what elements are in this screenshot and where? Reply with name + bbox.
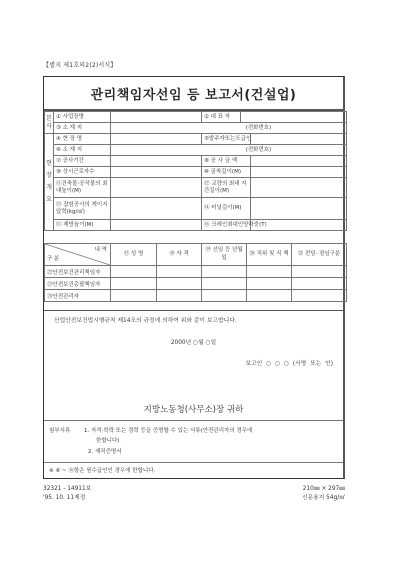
attachment-item-2: 2. 재직증명서 — [88, 447, 122, 455]
attachments-label: 첨부서류 — [49, 426, 70, 434]
personnel-table: 내 역 구 분 ⑰ 성 명 ⑱ 자 격 ⑲ 선임 등 년월일 ⑳ 직위 및 직 … — [44, 243, 347, 302]
enacted-date: '95. 10. 11제정 — [43, 492, 85, 501]
info-table: 본 사 ① 사업장명 ② 대 표 자 ③ 소 재 지 (전화번호) 현 장 개 … — [44, 111, 347, 231]
phone-label: (전화번호) — [246, 125, 272, 131]
cell-name[interactable] — [111, 266, 157, 278]
row-label: ㉓안전보건총괄책임자 — [45, 278, 111, 290]
cell-qualification[interactable] — [157, 290, 202, 302]
cell-name[interactable] — [111, 278, 157, 290]
attachment-item-1-cont: 한합니다) — [96, 436, 119, 444]
col-appointed-date: ⑲ 선임 등 년월일 — [202, 244, 247, 266]
client-value[interactable] — [251, 134, 347, 145]
site-address-label: ⑥ 소 재 지 — [54, 145, 111, 156]
cell-dedicated[interactable] — [292, 266, 347, 278]
representative-label: ② 대 표 자 — [202, 112, 241, 123]
regular-workers-label: ⑨ 상시근로자수 — [54, 167, 111, 178]
max-height-label: ⑪건축물·공작물의 최대높이(M) — [54, 178, 111, 198]
cell-dedicated[interactable] — [292, 278, 347, 290]
form-number-label: 【별지 제1호의2(2)서식】 — [43, 60, 117, 69]
bridge-span-value[interactable] — [251, 178, 347, 198]
construction-cost-label: ⑧ 공 사 금 액 — [202, 156, 251, 167]
site-name-label: ④ 현 장 명 — [54, 134, 111, 145]
cell-name[interactable] — [111, 290, 157, 302]
note-text: ※ ⑥ ~ ⑯항은 원수급인인 경우에 한합니다. — [49, 466, 155, 474]
attachment-item-1: 1. 자격·학력 또는 경력 등을 증명할 수 있는 서류(안전관리자의 경우에 — [84, 426, 252, 434]
max-height-value[interactable] — [111, 178, 202, 198]
excavation-depth-value[interactable] — [251, 167, 347, 178]
note-section: ※ ⑥ ~ ⑯항은 원수급인인 경우에 한합니다. — [44, 462, 343, 480]
site-overview-text: 현 장 개 요 — [46, 158, 52, 206]
cell-position[interactable] — [247, 290, 292, 302]
formwork-load-value[interactable] — [111, 198, 202, 220]
excavation-depth-label: ⑩ 굴착깊이(M) — [202, 167, 251, 178]
col-position: ⑳ 직위 및 직 책 — [247, 244, 292, 266]
construction-period-value[interactable] — [111, 156, 202, 167]
cell-qualification[interactable] — [157, 266, 202, 278]
declaration-section: 산업안전보건법시행규칙 제14조의 규정에 의하여 위와 같이 보고합니다. 2… — [44, 310, 343, 420]
form-title: 관리책임자선임 등 보고서(건설업) — [44, 77, 343, 111]
cell-date[interactable] — [202, 290, 247, 302]
construction-period-label: ⑦ 공사기간 — [54, 156, 111, 167]
cell-date[interactable] — [202, 278, 247, 290]
head-office-label: 본 사 — [45, 112, 54, 134]
paper-type: 신문용지 54g/㎡ — [302, 492, 345, 501]
reporter-signature: 보고인 ○ ○ ○ (서명 또는 인) — [245, 358, 333, 367]
attachments-section: 첨부서류 1. 자격·학력 또는 경력 등을 증명할 수 있는 서류(안전관리자… — [44, 420, 343, 462]
corner-bottom-label: 구 분 — [47, 256, 59, 263]
bridge-span-label: ⑫ 교량의 최대 지간길이(M) — [202, 178, 251, 198]
representative-value[interactable] — [241, 112, 347, 123]
cell-dedicated[interactable] — [292, 290, 347, 302]
hq-address-label: ③ 소 재 지 — [54, 123, 111, 134]
business-name-label: ① 사업장명 — [54, 112, 111, 123]
report-form: 관리책임자선임 등 보고서(건설업) 본 사 ① 사업장명 ② 대 표 자 ③ … — [43, 76, 345, 479]
tunnel-length-label: ⑭ 터널길이(M) — [202, 198, 251, 220]
table-row: ㉒안전보건관리책임자 — [45, 266, 347, 278]
cell-date[interactable] — [202, 266, 247, 278]
cell-qualification[interactable] — [157, 278, 202, 290]
col-name: ⑰ 성 명 — [111, 244, 157, 266]
site-overview-label: 현 장 개 요 — [45, 134, 54, 231]
corner-top-label: 내 역 — [95, 247, 107, 254]
col-qualification: ⑱ 자 격 — [157, 244, 202, 266]
crane-capacity-label: ⑯ 크레인최대인양하중(T) — [202, 220, 251, 231]
row-label: ㉒안전보건관리책임자 — [45, 266, 111, 278]
form-code: 32321 - 14911보 — [43, 483, 91, 492]
row-label: ㉔안전관리자 — [45, 290, 111, 302]
hq-address-value[interactable]: (전화번호) — [111, 123, 347, 134]
site-name-value[interactable] — [111, 134, 202, 145]
tunnel-length-value[interactable] — [251, 198, 347, 220]
col-dedicated: ㉑ 전담· 겸임구분 — [292, 244, 347, 266]
dam-height-value[interactable] — [111, 220, 202, 231]
cell-position[interactable] — [247, 278, 292, 290]
formwork-load-label: ⑬ 잡함공사의 게이지압력(kg/㎠) — [54, 198, 111, 220]
report-date: 2000년 ○월 ○일 — [44, 337, 343, 346]
table-corner-header: 내 역 구 분 — [45, 244, 111, 266]
construction-cost-value[interactable] — [251, 156, 347, 167]
business-name-value[interactable] — [111, 112, 202, 123]
declaration-text: 산업안전보건법시행규칙 제14조의 규정에 의하여 위와 같이 보고합니다. — [54, 315, 237, 324]
addressee: 지방노동청(사무소)장 귀하 — [44, 403, 343, 415]
phone-label: (전화번호) — [246, 147, 272, 153]
paper-size: 210㎜ × 297㎜ — [303, 483, 345, 492]
client-label: ⑤발주자또는도급인 — [202, 134, 251, 145]
table-row: ㉓안전보건총괄책임자 — [45, 278, 347, 290]
regular-workers-value[interactable] — [111, 167, 202, 178]
cell-position[interactable] — [247, 266, 292, 278]
table-row: ㉔안전관리자 — [45, 290, 347, 302]
site-address-value[interactable]: (전화번호) — [111, 145, 347, 156]
dam-height-label: ⑮ 제방높이(M) — [54, 220, 111, 231]
